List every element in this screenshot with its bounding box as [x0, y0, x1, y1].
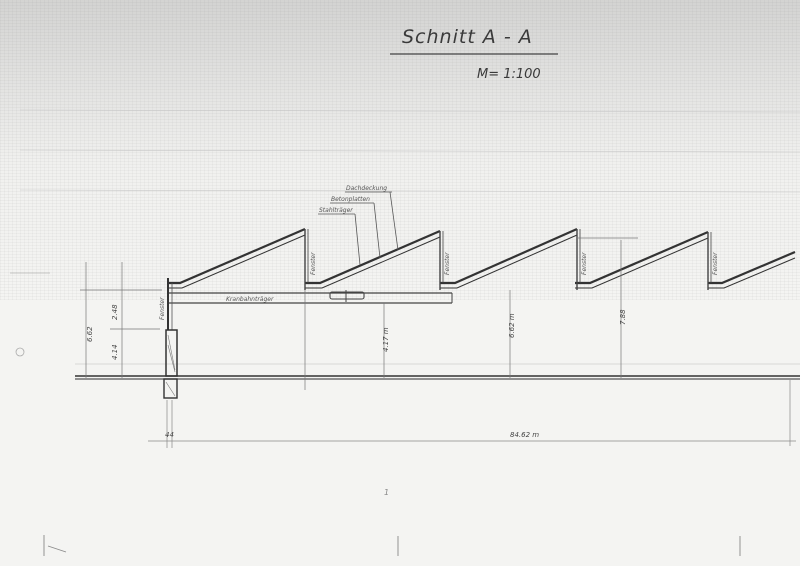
bottom-page-ticks [44, 535, 740, 556]
dim-upper-left: 2.48 [111, 304, 119, 320]
roof-layer-label: Betonplatten [331, 196, 370, 203]
dim-bay3: 7.88 [619, 309, 627, 325]
roof-layer-label: Dachdeckung [346, 185, 387, 192]
window-label: Fenster [581, 252, 588, 275]
page-mark: 1 [384, 488, 389, 497]
faint-guide-lines [10, 110, 800, 273]
margin-marks [16, 348, 24, 356]
drawing-scale: M= 1:100 [477, 67, 541, 82]
section-drawing: Schnitt A - A M= 1:100 [0, 0, 800, 566]
drawing-title: Schnitt A - A [402, 26, 533, 48]
window-label: Fenster [444, 252, 451, 275]
dim-bay2: 6.62 m [508, 313, 516, 338]
horizontal-dimension-line [148, 380, 796, 448]
dim-bay1: 4.17 m [382, 327, 390, 352]
window-label: Fenster [310, 252, 317, 275]
ground-line [75, 364, 800, 379]
roof-layer-label: Stahlträger [319, 207, 353, 214]
crane-beam-label: Kranbahnträger [226, 296, 274, 303]
sawtooth-roof [168, 229, 795, 288]
outer-wall [164, 278, 177, 398]
dim-wall-thickness: 44 [165, 431, 174, 439]
window-label: Fenster [712, 252, 719, 275]
crane-runway-beam [168, 290, 452, 303]
drawing-sheet: Schnitt A - A M= 1:100 [0, 0, 800, 566]
dim-total-length: 84.62 m [510, 431, 539, 439]
window-label: Fenster [159, 297, 166, 320]
dim-lower-left: 4.14 [111, 344, 119, 360]
dim-overall-left: 6.62 [86, 326, 94, 342]
